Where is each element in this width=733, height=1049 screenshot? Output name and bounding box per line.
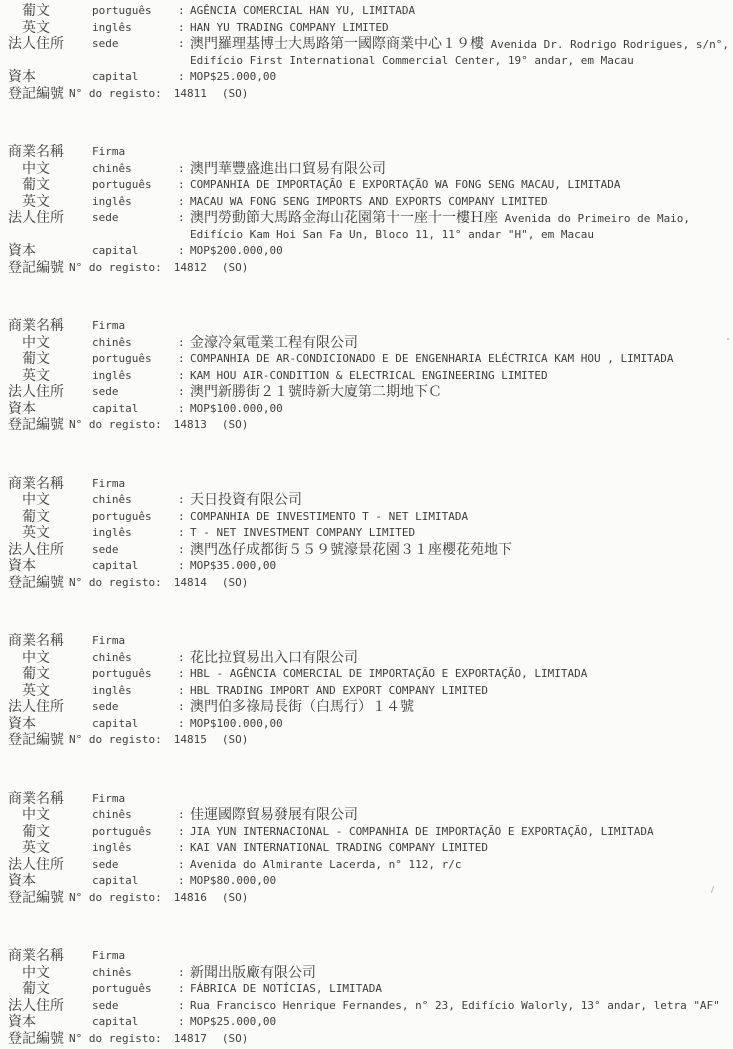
- label-portuguese-pt: português: [92, 824, 178, 841]
- cjk-text: 英文: [22, 525, 50, 541]
- company-address-continued: Edifício Kam Hoi San Fa Un, Bloco 11, 11…: [190, 228, 594, 241]
- cjk-text: 中文: [22, 807, 50, 823]
- portuguese-name-row: 葡文português:COMPANHIA DE AR-CONDICIONADO…: [0, 351, 733, 368]
- cjk-text: 登記編號: [8, 575, 64, 591]
- cjk-text: 澳門新勝街２１號時新大廈第二期地下Ｃ: [190, 384, 442, 400]
- label-english-zh: 英文: [22, 683, 92, 701]
- label-chinese-zh: 中文: [22, 161, 92, 179]
- registered-address-row: 法人住所sede:澳門勞動節大馬路金海山花園第十一座十一樓Ｈ座 Avenida …: [0, 210, 733, 227]
- company-entry: 商業名稱Firma中文chinês:佳運國際貿易發展有限公司葡文portuguê…: [0, 791, 733, 907]
- label-english-zh: 英文: [22, 525, 92, 543]
- cjk-text: 葡文: [22, 351, 50, 367]
- label-capital-zh: 資本: [8, 716, 92, 734]
- company-name-english: KAM HOU AIR-CONDITION & ELECTRICAL ENGIN…: [190, 369, 548, 382]
- label-english-zh: 英文: [22, 20, 92, 38]
- cjk-text: 中文: [22, 161, 50, 177]
- registered-address-row: 法人住所sede:Rua Francisco Henrique Fernande…: [0, 998, 733, 1015]
- colon-separator: :: [178, 177, 190, 194]
- label-business-name-zh: 商業名稱: [8, 948, 92, 966]
- latin-text: Avenida do Almirante Lacerda, n° 112, r/…: [190, 858, 462, 871]
- cjk-text: 商業名稱: [8, 318, 64, 334]
- portuguese-name-row: 葡文português:HBL - AGÊNCIA COMERCIAL DE I…: [0, 666, 733, 683]
- label-business-name-zh: 商業名稱: [8, 318, 92, 336]
- registry-number: 14813: [174, 418, 207, 431]
- cjk-text: 登記編號: [8, 1031, 64, 1047]
- label-registry-pt: N° do registo:: [69, 418, 162, 431]
- company-address: 澳門氹仔成都街５５９號濠景花園３１座櫻花苑地下: [190, 544, 512, 557]
- cjk-text: 登記編號: [8, 890, 64, 906]
- colon-separator: :: [178, 683, 190, 700]
- cjk-text: 登記編號: [8, 417, 64, 433]
- colon-separator: :: [178, 824, 190, 841]
- label-english-zh: 英文: [22, 194, 92, 212]
- label-english-zh: 英文: [22, 840, 92, 858]
- colon-separator: :: [178, 335, 190, 352]
- label-registry-pt: N° do registo:: [69, 1032, 162, 1045]
- registered-address-row: 法人住所sede:澳門氹仔成都街５５９號濠景花園３１座櫻花苑地下: [0, 542, 733, 559]
- registered-address-row: 法人住所sede:澳門新勝街２１號時新大廈第二期地下Ｃ: [0, 384, 733, 401]
- registered-address-continuation-row: Edifício Kam Hoi San Fa Un, Bloco 11, 11…: [0, 227, 733, 244]
- label-portuguese-zh: 葡文: [22, 824, 92, 842]
- company-name-portuguese: COMPANHIA DE INVESTIMENTO T - NET LIMITA…: [190, 510, 468, 523]
- cjk-text: 葡文: [22, 824, 50, 840]
- registry-number: 14815: [174, 733, 207, 746]
- portuguese-name-row: 葡文português:AGÊNCIA COMERCIAL HAN YU, LI…: [0, 3, 733, 20]
- colon-separator: :: [178, 69, 190, 86]
- company-address: 澳門伯多祿局長街（白馬行）１４號: [190, 701, 414, 714]
- company-name-english: MACAU WA FONG SENG IMPORTS AND EXPORTS C…: [190, 195, 548, 208]
- business-name-header-row: 商業名稱Firma: [0, 476, 733, 493]
- company-entries-list: 葡文português:AGÊNCIA COMERCIAL HAN YU, LI…: [0, 3, 733, 1047]
- registry-suffix: (SO): [222, 1032, 249, 1045]
- colon-separator: :: [178, 1014, 190, 1031]
- colon-separator: :: [178, 542, 190, 559]
- label-chinese-pt: chinês: [92, 807, 178, 824]
- label-english-pt: inglês: [92, 368, 178, 385]
- colon-separator: :: [178, 401, 190, 418]
- latin-text: Avenida Dr. Rodrigo Rodrigues, s/n°,: [484, 38, 729, 51]
- registry-suffix: (SO): [222, 261, 249, 274]
- label-registry-zh: 登記編號: [8, 890, 64, 908]
- label-portuguese-zh: 葡文: [22, 351, 92, 369]
- company-capital: MOP$200.000,00: [190, 244, 283, 257]
- gazette-company-registry-page: 葡文português:AGÊNCIA COMERCIAL HAN YU, LI…: [0, 0, 733, 1049]
- english-name-row: 英文inglês:MACAU WA FONG SENG IMPORTS AND …: [0, 194, 733, 211]
- company-entry: 葡文português:AGÊNCIA COMERCIAL HAN YU, LI…: [0, 3, 733, 102]
- cjk-text: 資本: [8, 243, 36, 259]
- cjk-text: 葡文: [22, 666, 50, 682]
- colon-separator: :: [178, 873, 190, 890]
- cjk-text: 英文: [22, 840, 50, 856]
- label-capital-pt: capital: [92, 243, 178, 260]
- portuguese-name-row: 葡文português:COMPANHIA DE INVESTIMENTO T …: [0, 509, 733, 526]
- cjk-text: 澳門勞動節大馬路金海山花園第十一座十一樓Ｈ座: [190, 210, 498, 226]
- cjk-text: 澳門伯多祿局長街（白馬行）１４號: [190, 699, 414, 715]
- colon-separator: :: [178, 384, 190, 401]
- cjk-text: 資本: [8, 69, 36, 85]
- company-name-portuguese: HBL - AGÊNCIA COMERCIAL DE IMPORTAÇÃO E …: [190, 667, 587, 680]
- registry-number: 14816: [174, 891, 207, 904]
- label-capital-zh: 資本: [8, 243, 92, 261]
- registry-number-row: 登記編號N° do registo:14817(SO): [0, 1031, 733, 1048]
- label-capital-zh: 資本: [8, 69, 92, 87]
- label-portuguese-zh: 葡文: [22, 981, 92, 999]
- cjk-text: 資本: [8, 873, 36, 889]
- cjk-text: 法人住所: [8, 384, 64, 400]
- latin-text: Edifício First International Commercial …: [190, 54, 634, 67]
- label-business-name-pt: Firma: [92, 476, 178, 493]
- company-name-chinese: 花比拉貿易出入口有限公司: [190, 652, 358, 665]
- label-english-pt: inglês: [92, 525, 178, 542]
- cjk-text: 法人住所: [8, 542, 64, 558]
- colon-separator: :: [178, 161, 190, 178]
- capital-row: 資本capital:MOP$200.000,00: [0, 243, 733, 260]
- label-business-name-pt: Firma: [92, 948, 178, 965]
- registry-suffix: (SO): [222, 891, 249, 904]
- label-registry-pt: N° do registo:: [69, 733, 162, 746]
- cjk-text: 資本: [8, 401, 36, 417]
- colon-separator: :: [178, 981, 190, 998]
- registry-number: 14817: [174, 1032, 207, 1045]
- cjk-text: 法人住所: [8, 36, 64, 52]
- business-name-header-row: 商業名稱Firma: [0, 144, 733, 161]
- label-business-name-zh: 商業名稱: [8, 476, 92, 494]
- english-name-row: 英文inglês:KAM HOU AIR-CONDITION & ELECTRI…: [0, 368, 733, 385]
- colon-separator: :: [178, 558, 190, 575]
- cjk-text: 資本: [8, 716, 36, 732]
- cjk-text: 英文: [22, 20, 50, 36]
- company-capital: MOP$100.000,00: [190, 717, 283, 730]
- registry-number-row: 登記編號N° do registo:14813(SO): [0, 417, 733, 434]
- label-capital-pt: capital: [92, 716, 178, 733]
- cjk-text: 澳門華豐盛進出口貿易有限公司: [190, 161, 386, 177]
- label-portuguese-zh: 葡文: [22, 666, 92, 684]
- cjk-text: 商業名稱: [8, 476, 64, 492]
- cjk-text: 澳門氹仔成都街５５９號濠景花園３１座櫻花苑地下: [190, 542, 512, 558]
- registered-address-row: 法人住所sede:澳門伯多祿局長街（白馬行）１４號: [0, 699, 733, 716]
- cjk-text: 商業名稱: [8, 144, 64, 160]
- cjk-text: 葡文: [22, 3, 50, 19]
- registry-suffix: (SO): [222, 418, 249, 431]
- chinese-name-row: 中文chinês:天日投資有限公司: [0, 492, 733, 509]
- cjk-text: 法人住所: [8, 699, 64, 715]
- chinese-name-row: 中文chinês:新聞出版廠有限公司: [0, 965, 733, 982]
- label-registry-zh: 登記編號: [8, 732, 64, 750]
- cjk-text: 澳門羅理基博士大馬路第一國際商業中心１９樓: [190, 36, 484, 52]
- scan-artifact: [727, 338, 729, 340]
- company-address-continued: Edifício First International Commercial …: [190, 54, 634, 67]
- label-capital-pt: capital: [92, 873, 178, 890]
- cjk-text: 商業名稱: [8, 633, 64, 649]
- colon-separator: :: [178, 368, 190, 385]
- cjk-text: 天日投資有限公司: [190, 492, 302, 508]
- colon-separator: :: [178, 840, 190, 857]
- label-address-pt: sede: [92, 857, 178, 874]
- company-entry: 商業名稱Firma中文chinês:金濠冷氣電業工程有限公司葡文portuguê…: [0, 318, 733, 434]
- english-name-row: 英文inglês:T - NET INVESTMENT COMPANY LIMI…: [0, 525, 733, 542]
- label-portuguese-pt: português: [92, 3, 178, 20]
- cjk-text: 資本: [8, 1014, 36, 1030]
- company-name-chinese: 天日投資有限公司: [190, 494, 302, 507]
- colon-separator: :: [178, 492, 190, 509]
- colon-separator: :: [178, 36, 190, 53]
- label-capital-zh: 資本: [8, 558, 92, 576]
- label-chinese-pt: chinês: [92, 650, 178, 667]
- company-name-english: KAI VAN INTERNATIONAL TRADING COMPANY LI…: [190, 841, 488, 854]
- cjk-text: 資本: [8, 558, 36, 574]
- company-entry: 商業名稱Firma中文chinês:澳門華豐盛進出口貿易有限公司葡文portug…: [0, 144, 733, 276]
- label-business-name-pt: Firma: [92, 633, 178, 650]
- label-capital-pt: capital: [92, 558, 178, 575]
- company-address: Rua Francisco Henrique Fernandes, n° 23,…: [190, 999, 720, 1012]
- label-business-name-zh: 商業名稱: [8, 144, 92, 162]
- registry-suffix: (SO): [222, 733, 249, 746]
- label-portuguese-pt: português: [92, 981, 178, 998]
- company-name-portuguese: FÁBRICA DE NOTÍCIAS, LIMITADA: [190, 982, 382, 995]
- cjk-text: 法人住所: [8, 998, 64, 1014]
- label-address-zh: 法人住所: [8, 998, 92, 1016]
- colon-separator: :: [178, 210, 190, 227]
- label-address-zh: 法人住所: [8, 384, 92, 402]
- label-registry-pt: N° do registo:: [69, 576, 162, 589]
- registry-number: 14811: [174, 87, 207, 100]
- label-english-pt: inglês: [92, 683, 178, 700]
- latin-text: Rua Francisco Henrique Fernandes, n° 23,…: [190, 999, 720, 1012]
- english-name-row: 英文inglês:KAI VAN INTERNATIONAL TRADING C…: [0, 840, 733, 857]
- label-registry-zh: 登記編號: [8, 1031, 64, 1049]
- label-business-name-zh: 商業名稱: [8, 633, 92, 651]
- label-english-pt: inglês: [92, 20, 178, 37]
- company-name-chinese: 澳門華豐盛進出口貿易有限公司: [190, 163, 386, 176]
- label-address-zh: 法人住所: [8, 699, 92, 717]
- label-address-zh: 法人住所: [8, 542, 92, 560]
- company-entry: 商業名稱Firma中文chinês:新聞出版廠有限公司葡文português:F…: [0, 948, 733, 1047]
- company-name-english: HBL TRADING IMPORT AND EXPORT COMPANY LI…: [190, 684, 488, 697]
- company-address: Avenida do Almirante Lacerda, n° 112, r/…: [190, 858, 462, 871]
- registered-address-row: 法人住所sede:Avenida do Almirante Lacerda, n…: [0, 857, 733, 874]
- registry-suffix: (SO): [222, 87, 249, 100]
- capital-row: 資本capital:MOP$100.000,00: [0, 401, 733, 418]
- company-entry: 商業名稱Firma中文chinês:花比拉貿易出入口有限公司葡文portuguê…: [0, 633, 733, 749]
- registry-number: 14812: [174, 261, 207, 274]
- company-address: 澳門勞動節大馬路金海山花園第十一座十一樓Ｈ座 Avenida do Primei…: [190, 212, 690, 225]
- label-english-zh: 英文: [22, 368, 92, 386]
- cjk-text: 葡文: [22, 509, 50, 525]
- company-name-chinese: 新聞出版廠有限公司: [190, 967, 316, 980]
- cjk-text: 法人住所: [8, 210, 64, 226]
- capital-row: 資本capital:MOP$35.000,00: [0, 558, 733, 575]
- colon-separator: :: [178, 965, 190, 982]
- portuguese-name-row: 葡文português:COMPANHIA DE IMPORTAÇÃO E EX…: [0, 177, 733, 194]
- colon-separator: :: [178, 3, 190, 20]
- english-name-row: 英文inglês:HBL TRADING IMPORT AND EXPORT C…: [0, 683, 733, 700]
- latin-text: Avenida do Primeiro de Maio,: [498, 212, 690, 225]
- company-address: 澳門新勝街２１號時新大廈第二期地下Ｃ: [190, 386, 442, 399]
- label-capital-zh: 資本: [8, 401, 92, 419]
- label-address-pt: sede: [92, 542, 178, 559]
- label-portuguese-zh: 葡文: [22, 177, 92, 195]
- label-chinese-zh: 中文: [22, 335, 92, 353]
- business-name-header-row: 商業名稱Firma: [0, 948, 733, 965]
- label-capital-zh: 資本: [8, 1014, 92, 1032]
- colon-separator: :: [178, 351, 190, 368]
- colon-separator: :: [178, 807, 190, 824]
- colon-separator: :: [178, 194, 190, 211]
- colon-separator: :: [178, 716, 190, 733]
- business-name-header-row: 商業名稱Firma: [0, 633, 733, 650]
- label-registry-zh: 登記編號: [8, 86, 64, 104]
- label-business-name-pt: Firma: [92, 318, 178, 335]
- company-capital: MOP$25.000,00: [190, 70, 276, 83]
- business-name-header-row: 商業名稱Firma: [0, 791, 733, 808]
- latin-text: Edifício Kam Hoi San Fa Un, Bloco 11, 11…: [190, 228, 594, 241]
- label-english-pt: inglês: [92, 194, 178, 211]
- colon-separator: :: [178, 666, 190, 683]
- registered-address-continuation-row: Edifício First International Commercial …: [0, 53, 733, 70]
- label-portuguese-pt: português: [92, 666, 178, 683]
- chinese-name-row: 中文chinês:金濠冷氣電業工程有限公司: [0, 335, 733, 352]
- label-chinese-zh: 中文: [22, 650, 92, 668]
- label-capital-pt: capital: [92, 69, 178, 86]
- label-address-pt: sede: [92, 384, 178, 401]
- label-address-pt: sede: [92, 210, 178, 227]
- registry-number: 14814: [174, 576, 207, 589]
- label-capital-zh: 資本: [8, 873, 92, 891]
- company-name-english: HAN YU TRADING COMPANY LIMITED: [190, 21, 389, 34]
- company-name-english: T - NET INVESTMENT COMPANY LIMITED: [190, 526, 415, 539]
- label-portuguese-pt: português: [92, 351, 178, 368]
- label-chinese-zh: 中文: [22, 492, 92, 510]
- cjk-text: 登記編號: [8, 86, 64, 102]
- company-name-portuguese: AGÊNCIA COMERCIAL HAN YU, LIMITADA: [190, 4, 415, 17]
- capital-row: 資本capital:MOP$100.000,00: [0, 716, 733, 733]
- company-capital: MOP$100.000,00: [190, 402, 283, 415]
- cjk-text: 英文: [22, 683, 50, 699]
- portuguese-name-row: 葡文português:FÁBRICA DE NOTÍCIAS, LIMITAD…: [0, 981, 733, 998]
- label-capital-pt: capital: [92, 401, 178, 418]
- label-portuguese-pt: português: [92, 509, 178, 526]
- registry-number-row: 登記編號N° do registo:14814(SO): [0, 575, 733, 592]
- label-address-pt: sede: [92, 998, 178, 1015]
- company-entry: 商業名稱Firma中文chinês:天日投資有限公司葡文português:CO…: [0, 476, 733, 592]
- cjk-text: 英文: [22, 368, 50, 384]
- cjk-text: 新聞出版廠有限公司: [190, 965, 316, 981]
- company-name-portuguese: COMPANHIA DE IMPORTAÇÃO E EXPORTAÇÃO WA …: [190, 178, 620, 191]
- registry-suffix: (SO): [222, 576, 249, 589]
- label-capital-pt: capital: [92, 1014, 178, 1031]
- colon-separator: :: [178, 20, 190, 37]
- label-address-zh: 法人住所: [8, 210, 92, 228]
- company-name-portuguese: JIA YUN INTERNACIONAL - COMPANHIA DE IMP…: [190, 825, 654, 838]
- registry-number-row: 登記編號N° do registo:14811(SO): [0, 86, 733, 103]
- business-name-header-row: 商業名稱Firma: [0, 318, 733, 335]
- label-english-pt: inglês: [92, 840, 178, 857]
- capital-row: 資本capital:MOP$80.000,00: [0, 873, 733, 890]
- registry-number-row: 登記編號N° do registo:14815(SO): [0, 732, 733, 749]
- registry-number-row: 登記編號N° do registo:14812(SO): [0, 260, 733, 277]
- cjk-text: 商業名稱: [8, 791, 64, 807]
- cjk-text: 葡文: [22, 177, 50, 193]
- capital-row: 資本capital:MOP$25.000,00: [0, 1014, 733, 1031]
- label-registry-pt: N° do registo:: [69, 261, 162, 274]
- colon-separator: :: [178, 509, 190, 526]
- cjk-text: 中文: [22, 492, 50, 508]
- company-name-portuguese: COMPANHIA DE AR-CONDICIONADO E DE ENGENH…: [190, 352, 673, 365]
- label-registry-pt: N° do registo:: [69, 87, 162, 100]
- label-address-zh: 法人住所: [8, 857, 92, 875]
- colon-separator: :: [178, 699, 190, 716]
- label-business-name-zh: 商業名稱: [8, 791, 92, 809]
- cjk-text: 法人住所: [8, 857, 64, 873]
- cjk-text: 葡文: [22, 981, 50, 997]
- cjk-text: 登記編號: [8, 732, 64, 748]
- cjk-text: 登記編號: [8, 260, 64, 276]
- company-address: 澳門羅理基博士大馬路第一國際商業中心１９樓 Avenida Dr. Rodrig…: [190, 38, 729, 51]
- cjk-text: 商業名稱: [8, 948, 64, 964]
- capital-row: 資本capital:MOP$25.000,00: [0, 69, 733, 86]
- company-capital: MOP$25.000,00: [190, 1015, 276, 1028]
- english-name-row: 英文inglês:HAN YU TRADING COMPANY LIMITED: [0, 20, 733, 37]
- label-registry-pt: N° do registo:: [69, 891, 162, 904]
- cjk-text: 佳運國際貿易發展有限公司: [190, 807, 358, 823]
- label-chinese-pt: chinês: [92, 965, 178, 982]
- label-chinese-zh: 中文: [22, 807, 92, 825]
- chinese-name-row: 中文chinês:佳運國際貿易發展有限公司: [0, 807, 733, 824]
- label-portuguese-zh: 葡文: [22, 509, 92, 527]
- label-chinese-pt: chinês: [92, 161, 178, 178]
- label-registry-zh: 登記編號: [8, 260, 64, 278]
- portuguese-name-row: 葡文português:JIA YUN INTERNACIONAL - COMP…: [0, 824, 733, 841]
- colon-separator: :: [178, 998, 190, 1015]
- label-chinese-zh: 中文: [22, 965, 92, 983]
- label-registry-zh: 登記編號: [8, 417, 64, 435]
- label-chinese-pt: chinês: [92, 335, 178, 352]
- label-address-pt: sede: [92, 699, 178, 716]
- company-capital: MOP$35.000,00: [190, 559, 276, 572]
- cjk-text: 中文: [22, 650, 50, 666]
- label-address-pt: sede: [92, 36, 178, 53]
- label-registry-zh: 登記編號: [8, 575, 64, 593]
- registry-number-row: 登記編號N° do registo:14816(SO): [0, 890, 733, 907]
- chinese-name-row: 中文chinês:花比拉貿易出入口有限公司: [0, 650, 733, 667]
- label-portuguese-zh: 葡文: [22, 3, 92, 21]
- label-business-name-pt: Firma: [92, 791, 178, 808]
- colon-separator: :: [178, 650, 190, 667]
- cjk-text: 花比拉貿易出入口有限公司: [190, 650, 358, 666]
- chinese-name-row: 中文chinês:澳門華豐盛進出口貿易有限公司: [0, 161, 733, 178]
- colon-separator: :: [178, 525, 190, 542]
- label-portuguese-pt: português: [92, 177, 178, 194]
- label-address-zh: 法人住所: [8, 36, 92, 54]
- cjk-text: 英文: [22, 194, 50, 210]
- cjk-text: 金濠冷氣電業工程有限公司: [190, 335, 358, 351]
- company-capital: MOP$80.000,00: [190, 874, 276, 887]
- cjk-text: 中文: [22, 965, 50, 981]
- colon-separator: :: [178, 243, 190, 260]
- registered-address-row: 法人住所sede:澳門羅理基博士大馬路第一國際商業中心１９樓 Avenida D…: [0, 36, 733, 53]
- colon-separator: :: [178, 857, 190, 874]
- company-name-chinese: 金濠冷氣電業工程有限公司: [190, 337, 358, 350]
- company-name-chinese: 佳運國際貿易發展有限公司: [190, 809, 358, 822]
- label-business-name-pt: Firma: [92, 144, 178, 161]
- cjk-text: 中文: [22, 335, 50, 351]
- label-chinese-pt: chinês: [92, 492, 178, 509]
